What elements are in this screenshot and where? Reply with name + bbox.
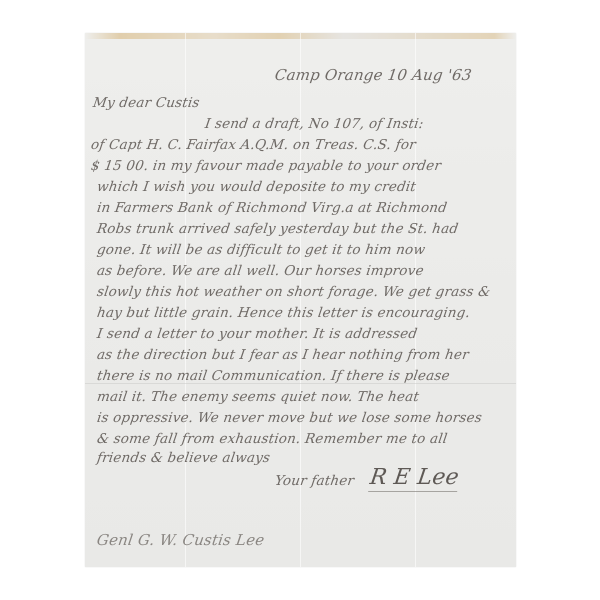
body-line: is oppressive. We never move but we lose…: [96, 410, 483, 426]
body-line: which I wish you would deposite to my cr…: [96, 179, 417, 195]
body-line: & some fall from exhaustion. Remember me…: [96, 431, 449, 447]
fold-line: [185, 33, 186, 567]
body-line: in Farmers Bank of Richmond Virg.a at Ri…: [96, 200, 448, 216]
body-line: as the direction but I fear as I hear no…: [96, 347, 470, 363]
body-line: gone. It will be as difficult to get it …: [96, 242, 426, 258]
body-line: I send a draft, No 107, of Insti:: [204, 116, 425, 132]
closing: Your father: [274, 473, 355, 489]
body-line: of Capt H. C. Fairfax A.Q.M. on Treas. C…: [90, 137, 417, 153]
body-line: slowly this hot weather on short forage.…: [96, 284, 492, 300]
body-line: there is no mail Communication. If there…: [96, 368, 451, 384]
letter-paper: Camp Orange 10 Aug '63 My dear Custis I …: [85, 33, 516, 567]
body-line: I send a letter to your mother. It is ad…: [96, 326, 419, 342]
body-line: friends & believe always: [96, 450, 271, 466]
body-line: Robs trunk arrived safely yesterday but …: [96, 221, 459, 237]
dateline: Camp Orange 10 Aug '63: [274, 66, 473, 84]
body-line: as before. We are all well. Our horses i…: [96, 263, 425, 279]
body-line: hay but little grain. Hence this letter …: [96, 305, 471, 321]
body-line: $ 15 00. in my favour made payable to yo…: [90, 158, 442, 174]
body-line: mail it. The enemy seems quiet now. The …: [96, 389, 420, 405]
signature: R E Lee: [368, 465, 460, 492]
salutation: My dear Custis: [92, 95, 201, 111]
addressee: Genl G. W. Custis Lee: [96, 531, 266, 549]
